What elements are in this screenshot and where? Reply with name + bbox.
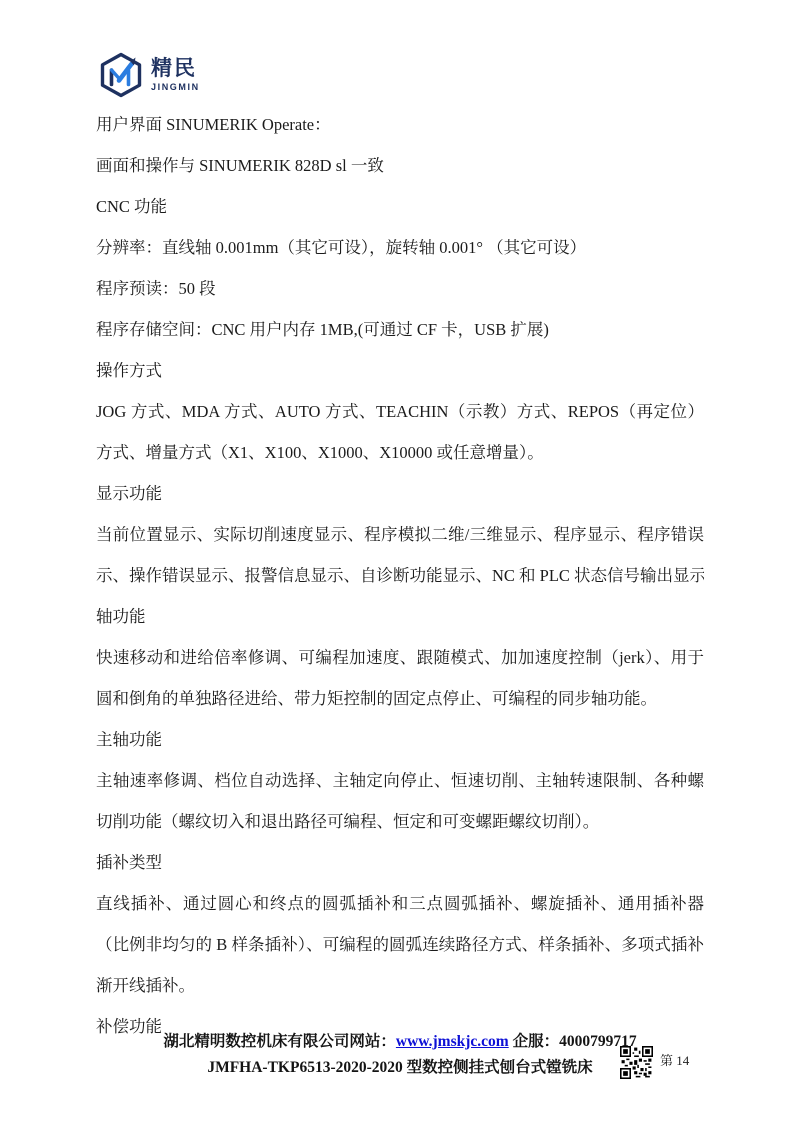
page-number: 第 14: [660, 1051, 689, 1071]
company-logo: 精民 JINGMIN: [98, 52, 200, 98]
body-line: （比例非均匀的 B 样条插补）、可编程的圆弧连续路径方式、样条插补、多项式插补和: [96, 924, 704, 965]
brand-name-cn: 精民: [151, 58, 200, 80]
logo-text: 精民 JINGMIN: [151, 58, 200, 92]
body-line: 渐开线插补。: [96, 965, 704, 1006]
body-text: 用户界面 SINUMERIK Operate：画面和操作与 SINUMERIK …: [96, 104, 704, 1047]
document-page: 精民 JINGMIN 用户界面 SINUMERIK Operate：画面和操作与…: [0, 0, 800, 1131]
body-line: 主轴速率修调、档位自动选择、主轴定向停止、恒速切削、主轴转速限制、各种螺纹: [96, 760, 704, 801]
brand-name-en: JINGMIN: [151, 82, 200, 92]
body-line: 操作方式: [96, 350, 704, 391]
body-line: CNC 功能: [96, 186, 704, 227]
body-line: 用户界面 SINUMERIK Operate：: [96, 104, 704, 145]
body-line: 轴功能: [96, 596, 704, 637]
body-line: 快速移动和进给倍率修调、可编程加速度、跟随模式、加加速度控制（jerk）、用于倒: [96, 637, 704, 678]
body-line: 圆和倒角的单独路径进给、带力矩控制的固定点停止、可编程的同步轴功能。: [96, 678, 704, 719]
qr-code-icon: [620, 1046, 653, 1079]
body-line: 直线插补、通过圆心和终点的圆弧插补和三点圆弧插补、螺旋插补、通用插补器 NURB…: [96, 883, 704, 924]
body-line: 程序存储空间：CNC 用户内存 1MB,(可通过 CF 卡，USB 扩展): [96, 309, 704, 350]
body-line: 方式、增量方式（X1、X100、X1000、X10000 或任意增量）。: [96, 432, 704, 473]
hexagon-m-logo-icon: [98, 52, 144, 98]
body-line: JOG 方式、MDA 方式、AUTO 方式、TEACHIN（示教）方式、REPO…: [96, 391, 704, 432]
body-line: 插补类型: [96, 842, 704, 883]
body-line: 显示功能: [96, 473, 704, 514]
body-line: 当前位置显示、实际切削速度显示、程序模拟二维/三维显示、程序显示、程序错误显: [96, 514, 704, 555]
body-line: 主轴功能: [96, 719, 704, 760]
body-line: 分辨率：直线轴 0.001mm（其它可设），旋转轴 0.001° （其它可设）: [96, 227, 704, 268]
body-line: 示、操作错误显示、报警信息显示、自诊断功能显示、NC 和 PLC 状态信号输出显…: [96, 555, 704, 596]
body-line: 切削功能（螺纹切入和退出路径可编程、恒定和可变螺距螺纹切削）。: [96, 801, 704, 842]
website-link[interactable]: www.jmskjc.com: [396, 1033, 509, 1050]
body-line: 程序预读：50 段: [96, 268, 704, 309]
footer-company-text: 湖北精明数控机床有限公司网站：: [163, 1033, 396, 1050]
footer-service-text: 企服：: [509, 1033, 559, 1050]
body-line: 画面和操作与 SINUMERIK 828D sl 一致: [96, 145, 704, 186]
